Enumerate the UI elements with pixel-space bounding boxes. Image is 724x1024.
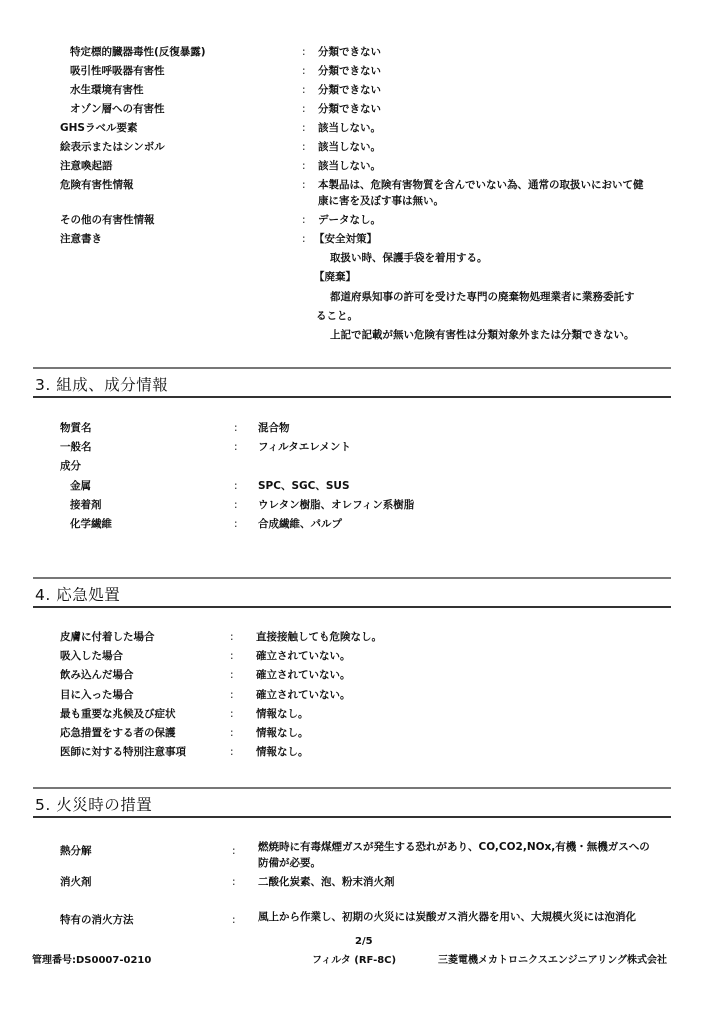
hazard-statement-value-cont: 康に害を及ぼす事は無い。 (318, 194, 444, 209)
first-aid-label: 飲み込んだ場合 (60, 668, 134, 683)
hazard-label: 特定標的臓器毒性(反復暴露) (70, 45, 206, 60)
first-aid-value: 確立されていない。 (256, 668, 351, 683)
hazard-value: 分類できない (318, 102, 381, 117)
colon: : (302, 45, 306, 60)
ghs-label: GHSラベル要素 (60, 121, 137, 136)
page-number: 2/5 (355, 936, 373, 947)
colon: : (234, 498, 238, 513)
composition-label: 物質名 (60, 421, 92, 436)
colon: : (302, 232, 306, 247)
control-number: 管理番号:DS0007-0210 (32, 951, 151, 966)
colon: : (234, 421, 238, 436)
section-3-header: 3. 組成、成分情報 (33, 367, 671, 398)
hazard-label: オゾン層への有害性 (70, 102, 165, 117)
colon: : (302, 178, 306, 193)
signal-word-value: 該当しない。 (318, 159, 381, 174)
colon: : (232, 844, 236, 859)
fire-label: 消火剤 (60, 875, 92, 890)
composition-label: 一般名 (60, 440, 92, 455)
fire-value: 風上から作業し、初期の火災には炭酸ガス消火器を用い、大規模火災には泡消化 (258, 910, 636, 925)
hazard-statement-label: 危険有害性情報 (60, 178, 134, 193)
composition-label: 化学繊維 (70, 517, 112, 532)
company-name: 三菱電機メカトロニクスエンジニアリング株式会社 (438, 951, 667, 966)
first-aid-label: 応急措置をする者の保護 (60, 726, 176, 741)
composition-value: ウレタン樹脂、オレフィン系樹脂 (258, 498, 414, 513)
hazard-statement-value: 本製品は、危険有害物質を含んでいない為、通常の取扱いにおいて健 (318, 178, 644, 193)
composition-value: フィルタエレメント (258, 440, 351, 455)
composition-value: 合成繊維、パルプ (258, 517, 342, 532)
first-aid-value: 確立されていない。 (256, 688, 351, 703)
first-aid-value: 情報なし。 (256, 707, 309, 722)
pictogram-value: 該当しない。 (318, 140, 381, 155)
hazard-value: 分類できない (318, 83, 381, 98)
colon: : (302, 102, 306, 117)
colon: : (232, 875, 236, 890)
hazard-value: 分類できない (318, 64, 381, 79)
fire-value-cont: 防備が必要。 (258, 856, 321, 871)
composition-label: 接着剤 (70, 498, 102, 513)
precaution-label: 注意書き (60, 232, 102, 247)
precaution-line: 取扱い時、保護手袋を着用する。 (330, 251, 488, 266)
colon: : (234, 440, 238, 455)
colon: : (302, 159, 306, 174)
colon: : (302, 121, 306, 136)
fire-label: 熱分解 (60, 844, 92, 859)
precaution-line: 都道府県知事の許可を受けた専門の廃棄物処理業者に業務委託す (330, 290, 635, 305)
colon: : (302, 140, 306, 155)
precaution-safety-heading: 【安全対策】 (314, 232, 377, 247)
pictogram-label: 絵表示またはシンボル (60, 140, 165, 155)
composition-value: 混合物 (258, 421, 290, 436)
colon: : (234, 517, 238, 532)
colon: : (230, 649, 234, 664)
first-aid-value: 確立されていない。 (256, 649, 351, 664)
fire-value: 燃焼時に有毒煤煙ガスが発生する恐れがあり、CO,CO2,NOx,有機・無機ガスへ… (258, 840, 650, 855)
product-name: フィルタ (RF-8C) (312, 951, 396, 966)
precaution-line: ること。 (316, 309, 358, 324)
hazard-label: 水生環境有害性 (70, 83, 144, 98)
first-aid-value: 情報なし。 (256, 745, 309, 760)
signal-word-label: 注意喚起語 (60, 159, 113, 174)
colon: : (230, 726, 234, 741)
hazard-label: 吸引性呼吸器有害性 (70, 64, 165, 79)
colon: : (230, 688, 234, 703)
colon: : (230, 707, 234, 722)
colon: : (230, 630, 234, 645)
section-title: 5. 火災時の措置 (35, 793, 152, 815)
colon: : (302, 64, 306, 79)
ghs-value: 該当しない。 (318, 121, 381, 136)
colon: : (232, 913, 236, 928)
colon: : (230, 668, 234, 683)
section-title: 4. 応急処置 (35, 583, 120, 605)
first-aid-label: 吸入した場合 (60, 649, 123, 664)
colon: : (234, 479, 238, 494)
colon: : (230, 745, 234, 760)
fire-label: 特有の消火方法 (60, 913, 134, 928)
first-aid-label: 最も重要な兆候及び症状 (60, 707, 176, 722)
first-aid-label: 目に入った場合 (60, 688, 134, 703)
first-aid-value: 直接接触しても危険なし。 (256, 630, 382, 645)
first-aid-label: 医師に対する特別注意事項 (60, 745, 186, 760)
precaution-disposal-heading: 【廃棄】 (314, 270, 356, 285)
first-aid-label: 皮膚に付着した場合 (60, 630, 155, 645)
composition-label: 成分 (60, 459, 81, 474)
hazard-value: 分類できない (318, 45, 381, 60)
first-aid-value: 情報なし。 (256, 726, 309, 741)
other-hazard-label: その他の有害性情報 (60, 213, 155, 228)
precaution-line: 上記で記載が無い危険有害性は分類対象外または分類できない。 (330, 328, 635, 343)
section-title: 3. 組成、成分情報 (35, 373, 168, 395)
section-4-header: 4. 応急処置 (33, 577, 671, 608)
composition-value: SPC、SGC、SUS (258, 479, 350, 494)
colon: : (302, 213, 306, 228)
section-5-header: 5. 火災時の措置 (33, 787, 671, 818)
fire-value: 二酸化炭素、泡、粉末消火剤 (258, 875, 395, 890)
composition-label: 金属 (70, 479, 91, 494)
other-hazard-value: データなし。 (318, 213, 381, 228)
colon: : (302, 83, 306, 98)
